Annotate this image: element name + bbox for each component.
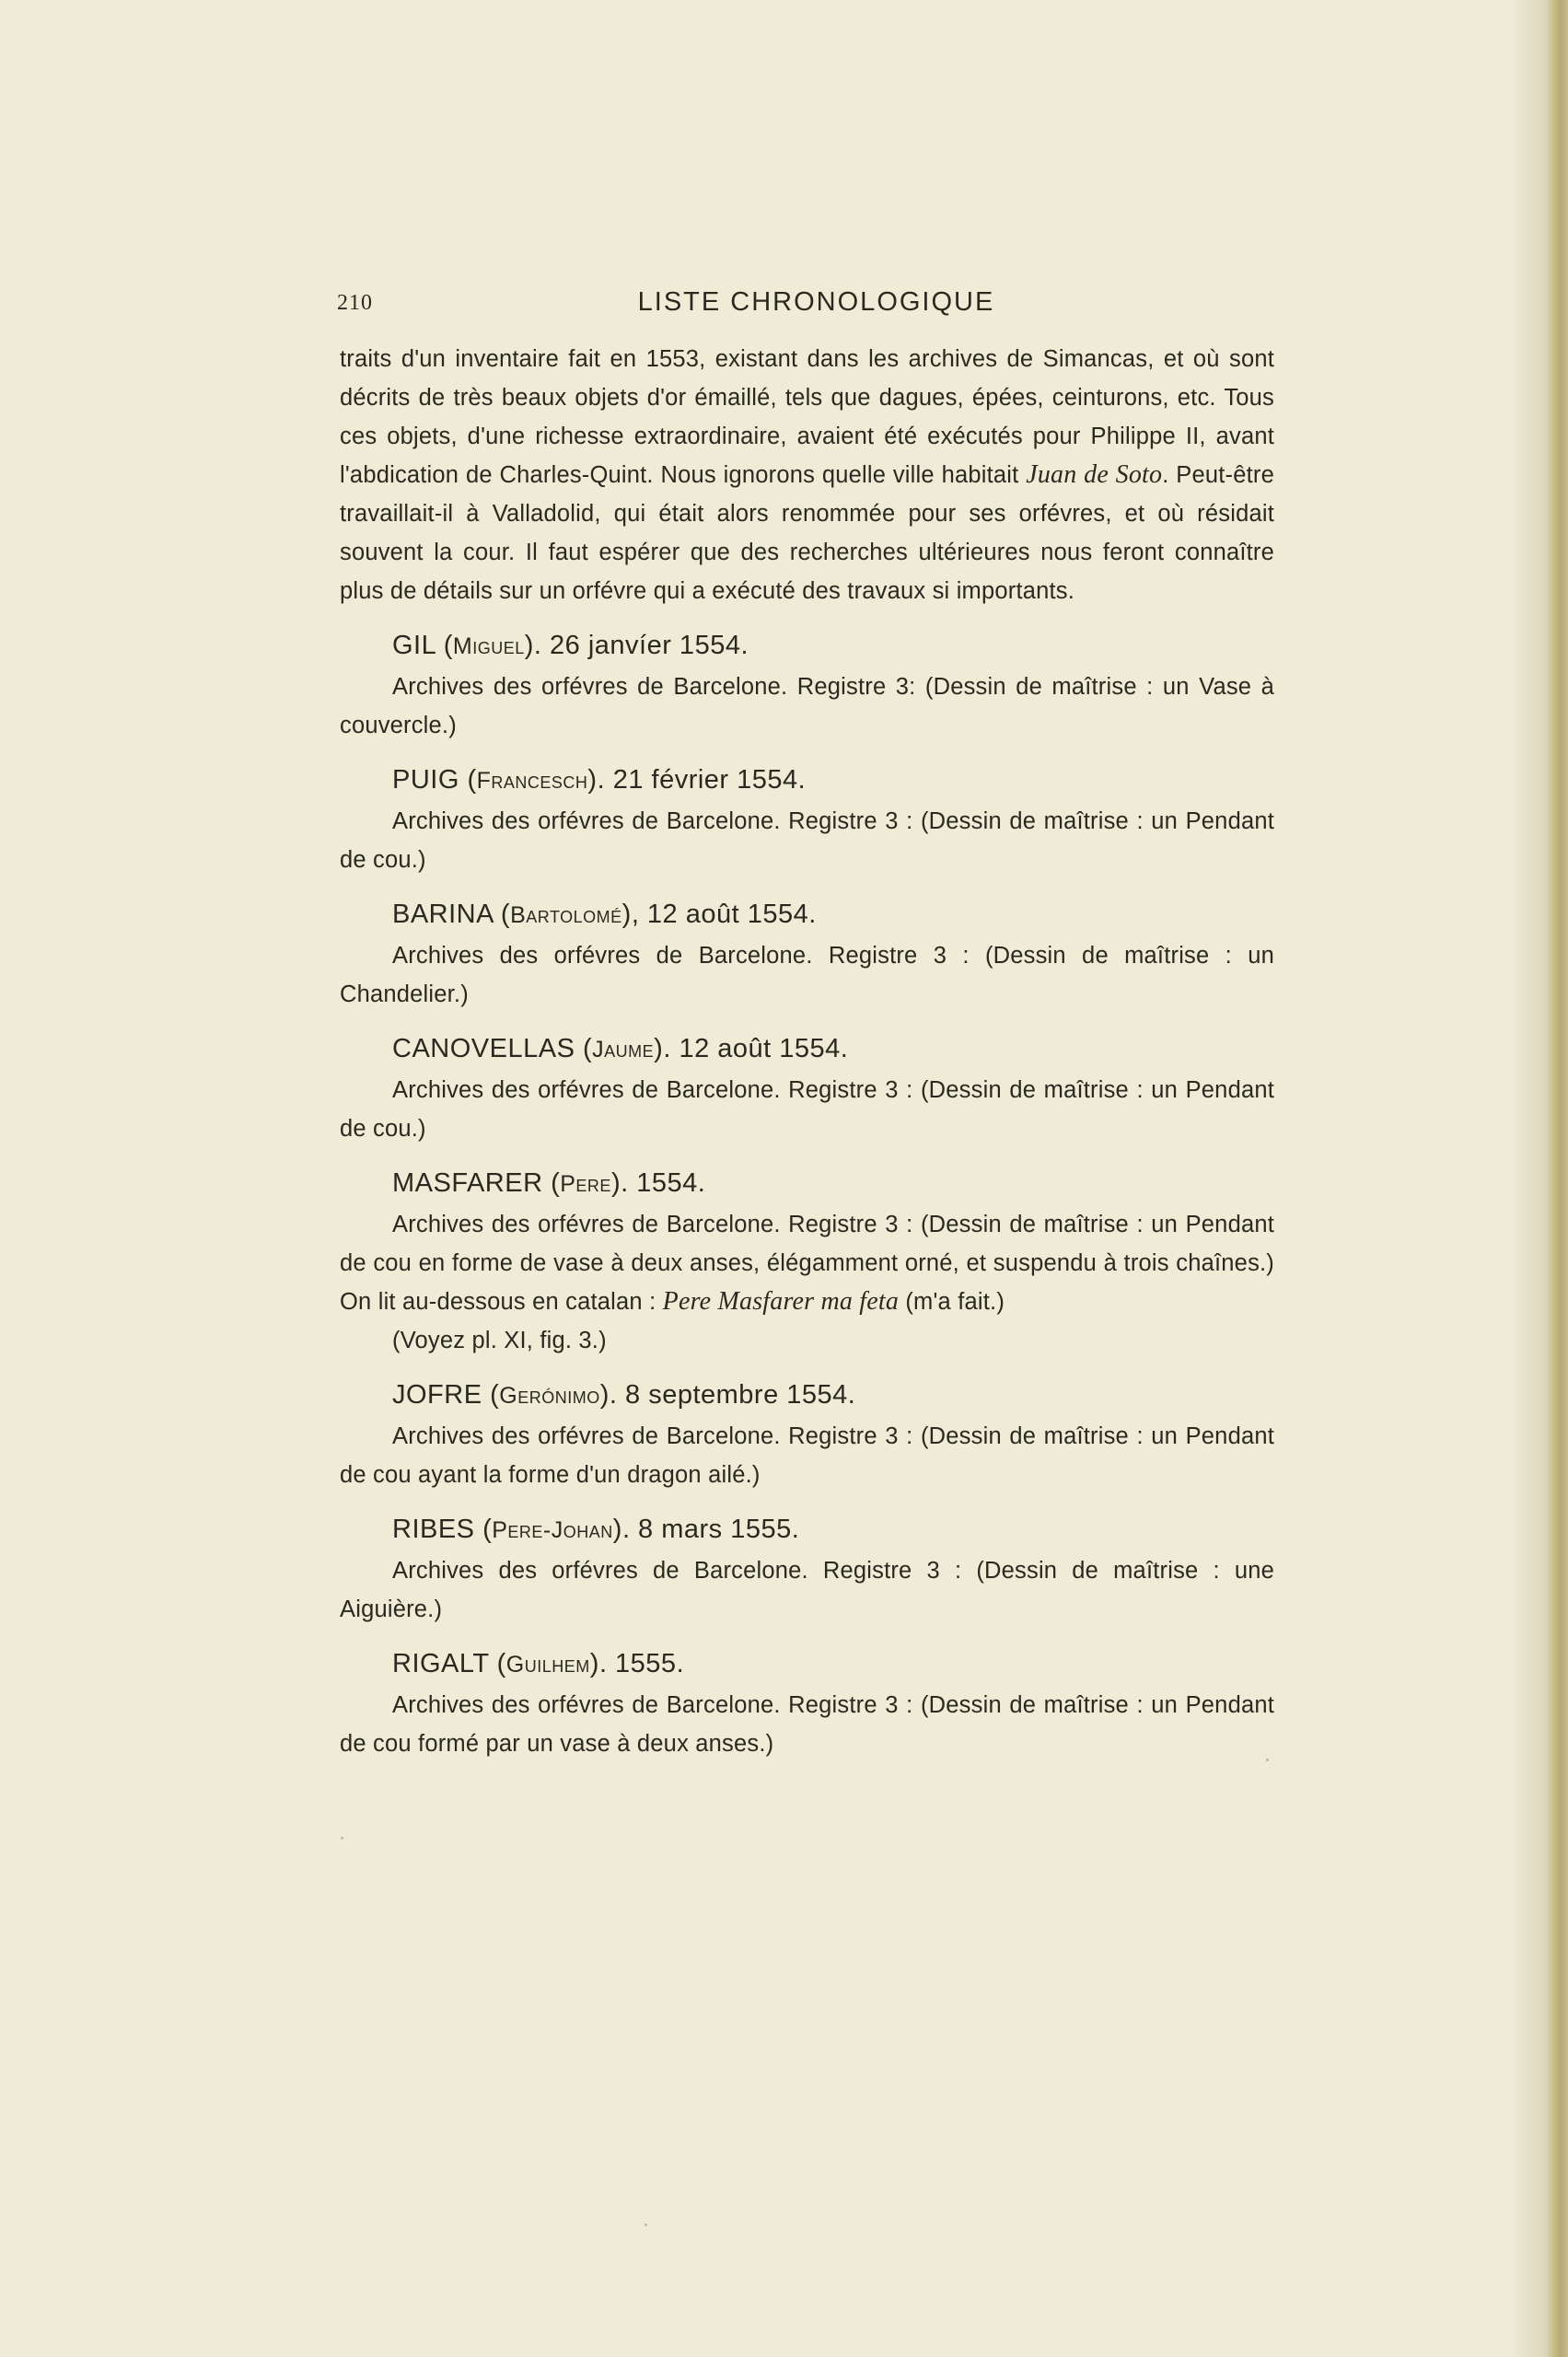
entry-heading: PUIG (Francesch). 21 février 1554. <box>340 759 1274 802</box>
entry-heading: BARINA (Bartolomé), 12 août 1554. <box>340 893 1274 936</box>
italic-name: Juan de Soto <box>1026 460 1162 489</box>
entry-heading: GIL (Miguel). 26 janvíer 1554. <box>340 624 1274 668</box>
entry-text: Archives des orfévres de Barcelone. Regi… <box>340 668 1274 745</box>
surname: CANOVELLAS <box>392 1034 575 1063</box>
given-name: Pere-Johan <box>492 1517 613 1543</box>
entry-masfarer: MASFARER (Pere). 1554. Archives des orfé… <box>340 1162 1274 1360</box>
paper-speck <box>341 1837 343 1840</box>
given-name: Pere <box>560 1171 611 1197</box>
entry-heading: CANOVELLAS (Jaume). 12 août 1554. <box>340 1028 1274 1071</box>
given-name: Miguel <box>453 633 525 659</box>
entry-text: Archives des orfévres de Barcelone. Regi… <box>340 802 1274 879</box>
entry-heading: MASFARER (Pere). 1554. <box>340 1162 1274 1205</box>
surname: RIGALT <box>392 1649 489 1678</box>
book-page: 210 LISTE CHRONOLOGIQUE traits d'un inve… <box>0 0 1568 2357</box>
page-content: 210 LISTE CHRONOLOGIQUE traits d'un inve… <box>340 287 1274 1763</box>
binding-edge <box>1548 0 1568 2357</box>
given-name: Guilhem <box>506 1652 590 1678</box>
entry-date: , 12 août 1554. <box>632 900 817 929</box>
entry-canovellas: CANOVELLAS (Jaume). 12 août 1554. Archiv… <box>340 1028 1274 1148</box>
given-name: Jaume <box>592 1037 654 1062</box>
entry-text: Archives des orfévres de Barcelone. Regi… <box>340 1071 1274 1148</box>
entry-date: . 1554. <box>621 1168 705 1198</box>
entry-jofre: JOFRE (Gerónimo). 8 septembre 1554. Arch… <box>340 1374 1274 1494</box>
entry-heading: JOFRE (Gerónimo). 8 septembre 1554. <box>340 1374 1274 1417</box>
entry-date: . 26 janvíer 1554. <box>534 631 749 660</box>
entry-date: . 12 août 1554. <box>663 1034 848 1063</box>
page-body: traits d'un inventaire fait en 1553, exi… <box>340 340 1274 1763</box>
catalan-inscription: Pere Masfarer ma feta <box>663 1287 899 1316</box>
entry-rigalt: RIGALT (Guilhem). 1555. Archives des orf… <box>340 1643 1274 1763</box>
surname: JOFRE <box>392 1380 482 1410</box>
entry-puig: PUIG (Francesch). 21 février 1554. Archi… <box>340 759 1274 879</box>
entry-text: Archives des orfévres de Barcelone. Regi… <box>340 1417 1274 1494</box>
given-name: Bartolomé <box>510 902 622 928</box>
surname: BARINA <box>392 900 493 929</box>
intro-paragraph: traits d'un inventaire fait en 1553, exi… <box>340 340 1274 610</box>
surname: PUIG <box>392 765 459 795</box>
given-name: Francesch <box>477 768 588 794</box>
paper-speck <box>645 2223 647 2226</box>
entry-text: Archives des orfévres de Barcelone. Regi… <box>340 1205 1274 1321</box>
entry-ribes: RIBES (Pere-Johan). 8 mars 1555. Archive… <box>340 1508 1274 1629</box>
surname: GIL <box>392 631 436 660</box>
plate-reference: (Voyez pl. XI, fig. 3.) <box>340 1321 1274 1360</box>
surname: MASFARER <box>392 1168 543 1198</box>
entry-gil: GIL (Miguel). 26 janvíer 1554. Archives … <box>340 624 1274 745</box>
entry-heading: RIBES (Pere-Johan). 8 mars 1555. <box>340 1508 1274 1551</box>
surname: RIBES <box>392 1515 475 1544</box>
entry-text: Archives des orfévres de Barcelone. Regi… <box>340 936 1274 1014</box>
entry-date: . 1555. <box>599 1649 684 1678</box>
entry-date: . 8 septembre 1554. <box>610 1380 855 1410</box>
entry-date: . 21 février 1554. <box>598 765 807 795</box>
entry-heading: RIGALT (Guilhem). 1555. <box>340 1643 1274 1686</box>
running-title: LISTE CHRONOLOGIQUE <box>340 287 1274 318</box>
entry-text: Archives des orfévres de Barcelone. Regi… <box>340 1686 1274 1763</box>
entry-text-part: (m'a fait.) <box>899 1289 1005 1315</box>
entry-barina: BARINA (Bartolomé), 12 août 1554. Archiv… <box>340 893 1274 1014</box>
running-head: 210 LISTE CHRONOLOGIQUE <box>340 287 1274 324</box>
entry-date: . 8 mars 1555. <box>622 1515 799 1544</box>
entry-text: Archives des orfévres de Barcelone. Regi… <box>340 1551 1274 1629</box>
given-name: Gerónimo <box>499 1383 599 1409</box>
